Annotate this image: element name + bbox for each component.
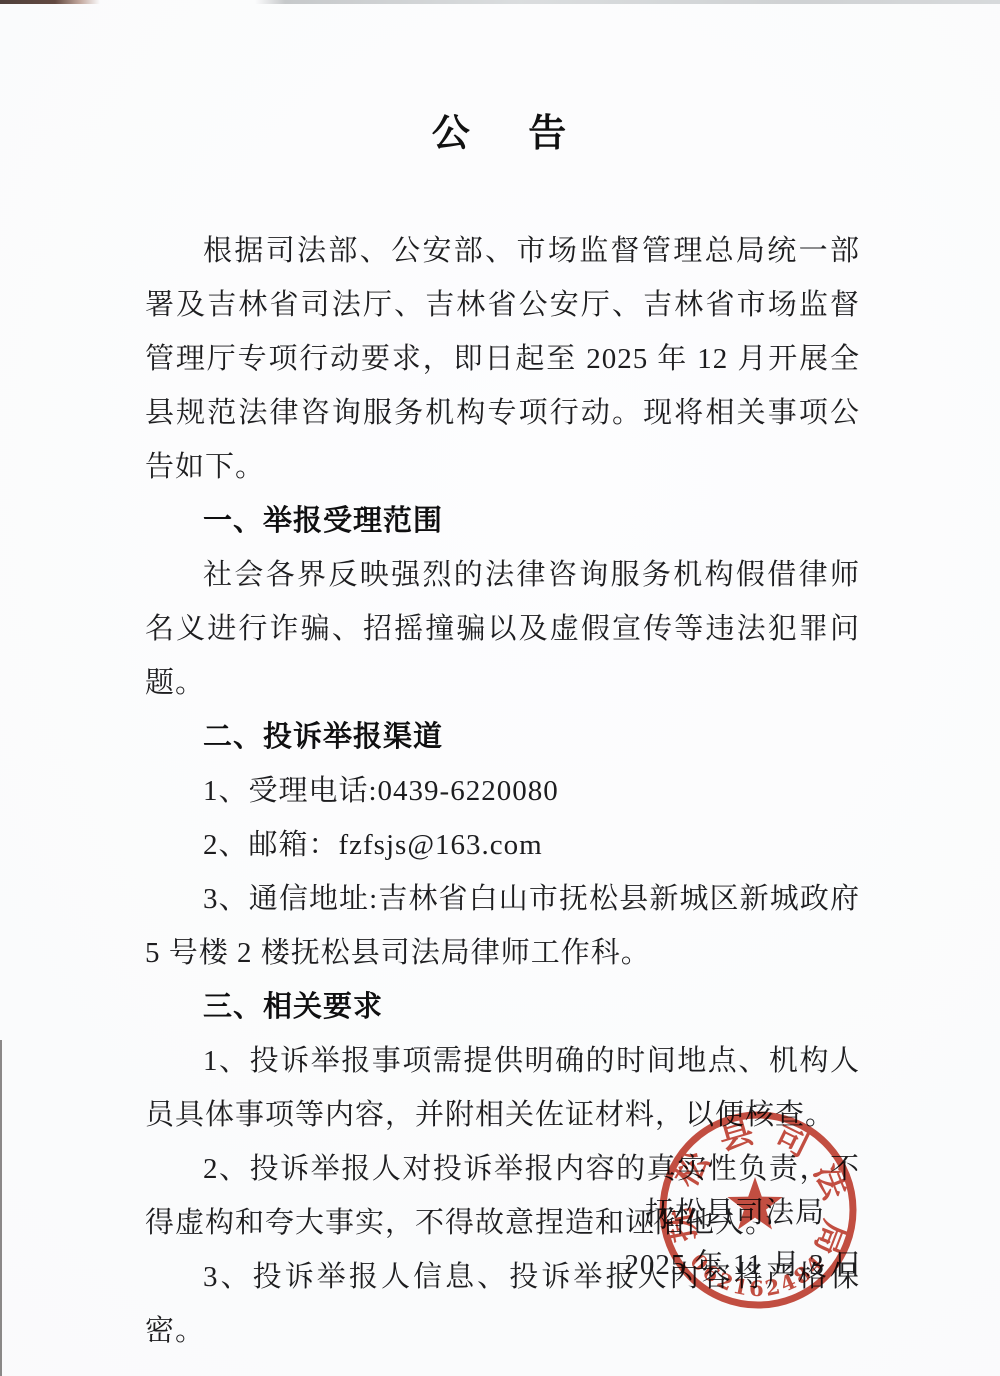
paragraph: 社会各界反映强烈的法律咨询服务机构假借律师名义进行诈骗、招摇撞骗以及虚假宣传等违… (145, 548, 860, 710)
section-heading: 一、举报受理范围 (145, 494, 860, 548)
document-title: 公 告 (0, 112, 1000, 156)
seal-star-icon (727, 1177, 782, 1230)
scan-edge-artifact (0, 0, 1000, 4)
paragraph: 根据司法部、公安部、市场监督管理总局统一部署及吉林省司法厅、吉林省公安厅、吉林省… (145, 224, 860, 494)
seal-ring-char: 司 (769, 1115, 816, 1164)
paragraph: 2、邮箱：fzfsjs@163.com (145, 818, 860, 872)
page: 公 告 根据司法部、公安部、市场监督管理总局统一部署及吉林省司法厅、吉林省公安厅… (0, 0, 1000, 1376)
paper-edge-artifact (0, 1040, 2, 1376)
seal-ring-char: 法 (807, 1159, 855, 1205)
section-heading: 二、投诉举报渠道 (145, 710, 860, 764)
paragraph: 1、受理电话:0439-6220080 (145, 764, 860, 818)
section-heading: 三、相关要求 (145, 980, 860, 1034)
seal-ring-char: 抚 (660, 1205, 704, 1246)
paragraph: 3、通信地址:吉林省白山市抚松县新城区新城政府 5 号楼 2 楼抚松县司法局律师… (145, 872, 860, 980)
seal-ring-char: 松 (666, 1144, 717, 1194)
official-seal: 抚松县司法局 2206216248456 (653, 1105, 863, 1315)
seal-ring-char: 县 (715, 1112, 758, 1158)
